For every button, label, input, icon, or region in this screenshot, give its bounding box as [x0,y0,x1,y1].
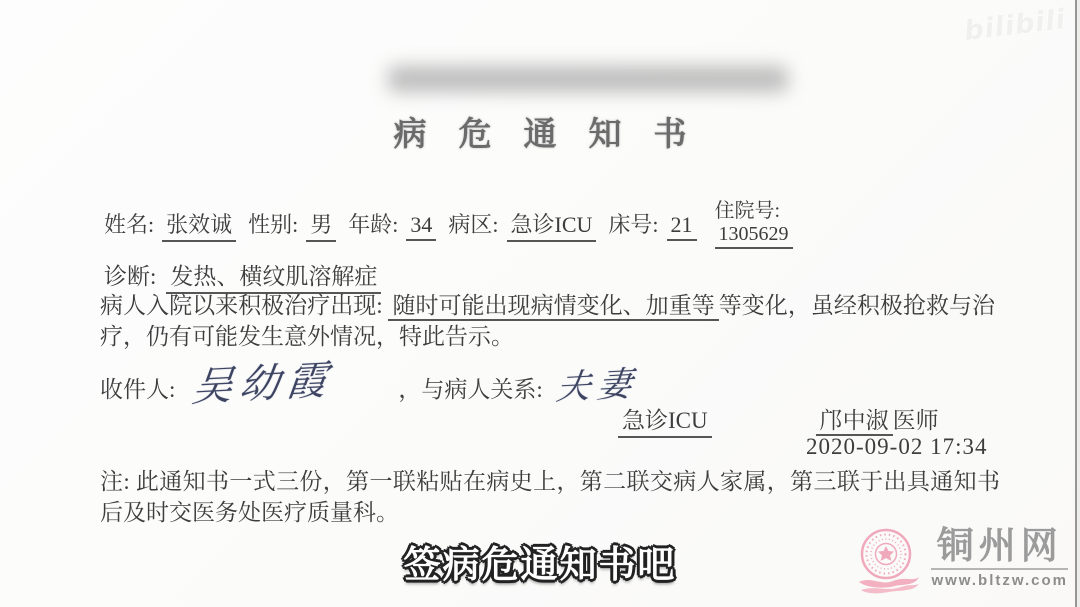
signature-datetime: 2020-09-02 17:34 [806,434,987,460]
diagnosis-label: 诊断: [104,258,156,291]
relation-separator: ， [398,371,421,404]
note-paragraph: 注: 此通知书一式三份，第一联粘贴在病史上，第二联交病人家属，第三联于出具通知书… [100,466,1000,528]
bilibili-watermark: bilibili [962,4,1067,47]
recipient-row: 收件人: 吴幼霞 ， 与病人关系: 夫妻 [100,352,639,409]
recipient-signature-handwriting: 吴幼霞 [190,348,338,413]
department-value: 急诊ICU [618,402,712,438]
gender-value: 男 [306,208,336,242]
logo-flower [878,546,894,561]
field-ward: 病区: 急诊ICU [448,208,596,242]
notice-body-paragraph: 病人入院以来积极治疗出现: 随时可能出现病情变化、加重等等变化，虽经积极抢救与治… [100,290,995,352]
signature-row: 急诊ICU 邝中淑医师 [618,402,939,438]
diagnosis-row: 诊断: 发热、横纹肌溶解症 [104,258,381,294]
site-watermark: 铜州网 www.bltzw.com [851,526,1068,601]
note-text: 此通知书一式三份，第一联粘贴在病史上，第二联交病人家属，第三联于出具通知书后及时… [100,469,1000,525]
admission-label: 住院号: [715,200,793,223]
body-suffix: 等变化，虽经积极抢救与 [719,293,972,318]
diagnosis-value: 发热、横纹肌溶解症 [166,258,381,294]
body-underlined-clause: 随时可能出现病情变化、加重等 [388,293,718,321]
name-value: 张效诚 [162,208,236,242]
age-value: 34 [406,212,436,241]
field-name: 姓名: 张效诚 [104,208,236,242]
patient-fields-row: 姓名: 张效诚 性别: 男 年龄: 34 病区: 急诊ICU 床号: 21 住院… [104,200,1064,249]
field-admission-number: 住院号: 1305629 [715,200,793,249]
note-label: 注: [100,469,136,494]
admission-value: 1305629 [715,223,793,249]
tongzhou-logo-icon [851,526,923,601]
field-gender: 性别: 男 [248,208,336,242]
site-name: 铜州网 [937,526,1063,566]
site-url: www.bltzw.com [931,568,1068,589]
doctor-name: 邝中淑 [816,408,893,436]
ward-value: 急诊ICU [507,208,597,242]
site-watermark-text: 铜州网 www.bltzw.com [931,526,1068,589]
ward-label: 病区: [448,208,498,239]
age-label: 年龄: [348,208,398,239]
field-age: 年龄: 34 [348,208,436,241]
name-label: 姓名: [104,208,154,239]
gender-label: 性别: [248,208,298,239]
doctor-suffix: 医师 [893,408,939,433]
document-title: 病危通知书 [0,108,1080,155]
video-frame: bilibili 病危通知书 姓名: 张效诚 性别: 男 年龄: 34 病区: … [0,0,1080,607]
recipient-label: 收件人: [100,371,175,404]
hospital-name-blurred [388,66,788,92]
page-edge-line [1075,0,1077,607]
relation-label: 与病人关系: [421,371,542,404]
doctor-signature: 邝中淑医师 [816,402,939,438]
body-prefix: 病人入院以来积极治疗出现: [100,293,388,318]
field-bed: 床号: 21 [608,208,696,241]
bed-value: 21 [667,212,697,241]
bed-label: 床号: [608,208,658,239]
